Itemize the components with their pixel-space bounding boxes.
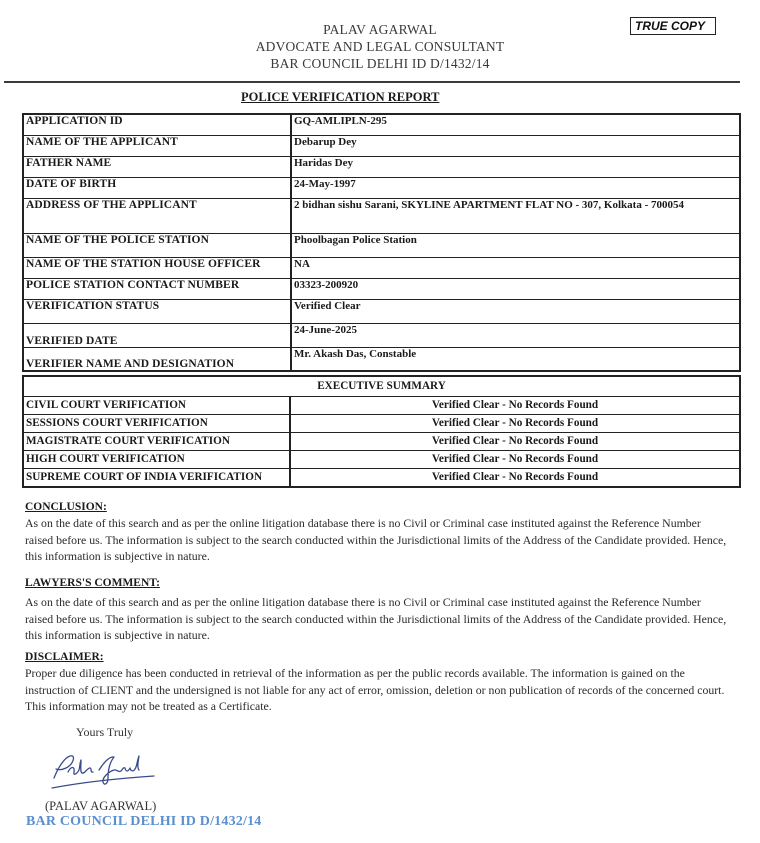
true-copy-stamp: TRUE COPY: [630, 17, 716, 35]
detail-value: GQ-AMLIPLN-295: [291, 114, 740, 135]
summary-value: Verified Clear - No Records Found: [290, 415, 740, 433]
detail-value: Verified Clear: [291, 299, 740, 323]
summary-label: HIGH COURT VERIFICATION: [23, 451, 290, 469]
signatory-name: (PALAV AGARWAL): [45, 799, 156, 814]
lawyers-comment-heading: LAWYERS'S COMMENT:: [25, 575, 730, 591]
closing-text: Yours Truly: [76, 725, 133, 740]
detail-value: 03323-200920: [291, 278, 740, 299]
table-row: VERIFIER NAME AND DESIGNATION Mr. Akash …: [23, 347, 740, 371]
table-row: NAME OF THE APPLICANT Debarup Dey: [23, 135, 740, 156]
detail-label: POLICE STATION CONTACT NUMBER: [23, 278, 291, 299]
detail-label: APPLICATION ID: [23, 114, 291, 135]
table-row: SUPREME COURT OF INDIA VERIFICATION Veri…: [23, 469, 740, 488]
disclaimer-text: Proper due diligence has been conducted …: [25, 665, 730, 714]
detail-value: NA: [291, 257, 740, 278]
detail-value: Debarup Dey: [291, 135, 740, 156]
disclaimer-heading: DISCLAIMER:: [25, 649, 730, 665]
detail-value: Haridas Dey: [291, 156, 740, 177]
detail-label: ADDRESS OF THE APPLICANT: [23, 198, 291, 233]
detail-value: 24-May-1997: [291, 177, 740, 198]
conclusion-section: CONCLUSION: As on the date of this searc…: [25, 499, 730, 565]
table-row: NAME OF THE STATION HOUSE OFFICER NA: [23, 257, 740, 278]
detail-label: VERIFICATION STATUS: [23, 299, 291, 323]
table-row: DATE OF BIRTH 24-May-1997: [23, 177, 740, 198]
summary-label: SESSIONS COURT VERIFICATION: [23, 415, 290, 433]
executive-summary-table: EXECUTIVE SUMMARY CIVIL COURT VERIFICATI…: [22, 375, 741, 488]
lawyers-comment-section: LAWYERS'S COMMENT: As on the date of thi…: [25, 575, 730, 644]
summary-label: SUPREME COURT OF INDIA VERIFICATION: [23, 469, 290, 488]
disclaimer-section: DISCLAIMER: Proper due diligence has bee…: [25, 649, 730, 715]
table-row: CIVIL COURT VERIFICATION Verified Clear …: [23, 397, 740, 415]
table-row: NAME OF THE POLICE STATION Phoolbagan Po…: [23, 233, 740, 257]
table-row: FATHER NAME Haridas Dey: [23, 156, 740, 177]
summary-value: Verified Clear - No Records Found: [290, 451, 740, 469]
table-row: APPLICATION ID GQ-AMLIPLN-295: [23, 114, 740, 135]
table-row: POLICE STATION CONTACT NUMBER 03323-2009…: [23, 278, 740, 299]
summary-title: EXECUTIVE SUMMARY: [23, 376, 740, 397]
lawyers-comment-text: As on the date of this search and as per…: [25, 594, 730, 643]
table-row: VERIFIED DATE 24-June-2025: [23, 323, 740, 347]
detail-value: Mr. Akash Das, Constable: [291, 347, 740, 371]
table-row: SESSIONS COURT VERIFICATION Verified Cle…: [23, 415, 740, 433]
advocate-bar-id: BAR COUNCIL DELHI ID D/1432/14: [0, 56, 760, 72]
detail-label: DATE OF BIRTH: [23, 177, 291, 198]
signature-icon: [44, 748, 164, 794]
summary-value: Verified Clear - No Records Found: [290, 433, 740, 451]
detail-label: VERIFIED DATE: [23, 323, 291, 347]
summary-label: CIVIL COURT VERIFICATION: [23, 397, 290, 415]
detail-value: Phoolbagan Police Station: [291, 233, 740, 257]
summary-value: Verified Clear - No Records Found: [290, 469, 740, 488]
conclusion-heading: CONCLUSION:: [25, 499, 730, 515]
advocate-title: ADVOCATE AND LEGAL CONSULTANT: [0, 39, 760, 55]
report-title: POLICE VERIFICATION REPORT: [241, 90, 439, 105]
conclusion-text: As on the date of this search and as per…: [25, 515, 730, 564]
table-row: ADDRESS OF THE APPLICANT 2 bidhan sishu …: [23, 198, 740, 233]
applicant-details-table: APPLICATION ID GQ-AMLIPLN-295 NAME OF TH…: [22, 113, 741, 372]
header-divider: [4, 81, 740, 83]
summary-label: MAGISTRATE COURT VERIFICATION: [23, 433, 290, 451]
detail-label: FATHER NAME: [23, 156, 291, 177]
summary-value: Verified Clear - No Records Found: [290, 397, 740, 415]
table-row: MAGISTRATE COURT VERIFICATION Verified C…: [23, 433, 740, 451]
detail-value: 24-June-2025: [291, 323, 740, 347]
signatory-bar-id: BAR COUNCIL DELHI ID D/1432/14: [26, 814, 261, 830]
detail-label: NAME OF THE APPLICANT: [23, 135, 291, 156]
detail-value: 2 bidhan sishu Sarani, SKYLINE APARTMENT…: [291, 198, 740, 233]
detail-label: NAME OF THE STATION HOUSE OFFICER: [23, 257, 291, 278]
summary-header-row: EXECUTIVE SUMMARY: [23, 376, 740, 397]
detail-label: NAME OF THE POLICE STATION: [23, 233, 291, 257]
detail-label: VERIFIER NAME AND DESIGNATION: [23, 347, 291, 371]
table-row: HIGH COURT VERIFICATION Verified Clear -…: [23, 451, 740, 469]
table-row: VERIFICATION STATUS Verified Clear: [23, 299, 740, 323]
